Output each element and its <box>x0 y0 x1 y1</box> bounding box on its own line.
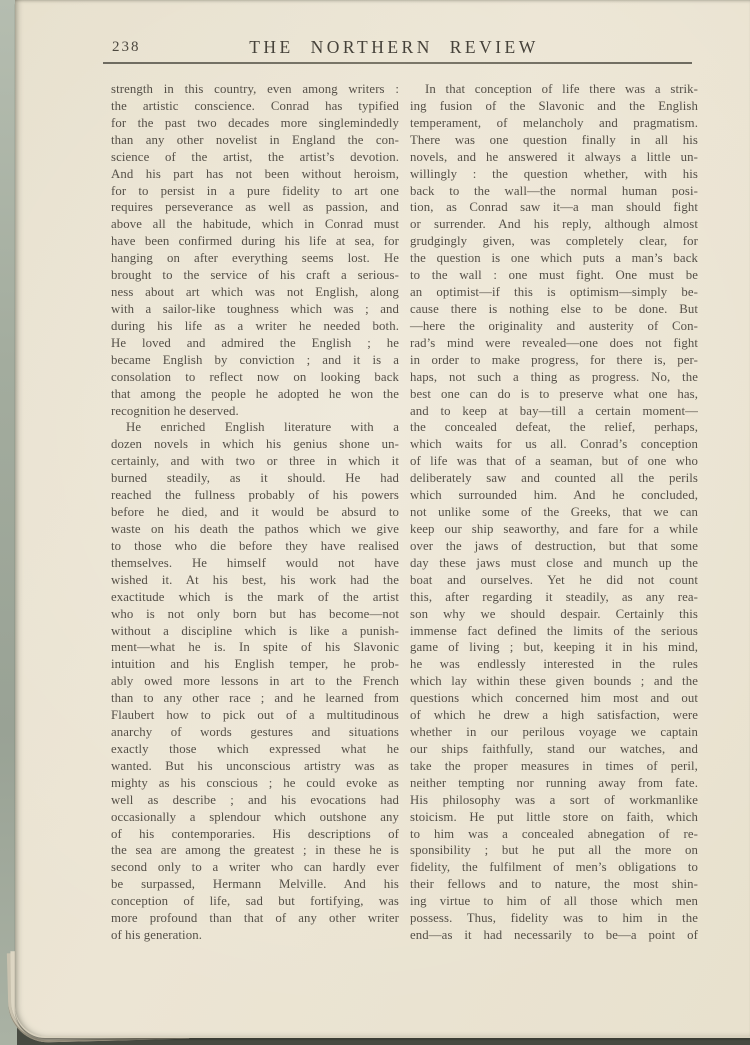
text-line: themselves. He himself would not have <box>111 555 399 572</box>
text-line: the artistic conscience. Conrad has typi… <box>111 98 399 115</box>
text-line: boat and ourselves. Yet he did not count <box>410 572 698 589</box>
text-line: waste on his death the pathos which we g… <box>111 521 399 538</box>
text-line: game of living ; but, keeping it in his … <box>410 639 698 656</box>
text-line: deliberately saw and counted all the per… <box>410 470 698 487</box>
text-line: best one can do is to preserve what one … <box>410 386 698 403</box>
text-line: certainly, and with two or three in whic… <box>111 453 399 470</box>
two-column-text: strength in this country, even among wri… <box>111 81 698 944</box>
text-line: wished it. At his best, his work had the <box>111 572 399 589</box>
text-line: during his life as a writer he needed bo… <box>111 318 399 335</box>
text-line: for the past two decades more singlemind… <box>111 115 399 132</box>
text-line: His philosophy was a sort of workmanlike <box>410 792 698 809</box>
text-line: conception of life, sad but fortifying, … <box>111 893 399 910</box>
text-line: to the wall : one must fight. One must b… <box>410 267 698 284</box>
text-line: science of the artist, the artist’s devo… <box>111 149 399 166</box>
text-line: their fellows and to nature, the most sh… <box>410 876 698 893</box>
text-line: ness about art which was not English, al… <box>111 284 399 301</box>
journal-title: THE NORTHERN REVIEW <box>96 37 692 58</box>
text-line: grudgingly given, was completely clear, … <box>410 233 698 250</box>
text-line: brought to the service of his craft a se… <box>111 267 399 284</box>
text-line: possess. Thus, fidelity was to him in th… <box>410 910 698 927</box>
text-line: wanted. But his unconscious artistry was… <box>111 758 399 775</box>
text-line: neither tempting nor running away from f… <box>410 775 698 792</box>
text-line: over the jaws of destruction, but that s… <box>410 538 698 555</box>
text-line: the question is one which puts a man’s b… <box>410 250 698 267</box>
text-line: burned steadily, as it should. He had <box>111 470 399 487</box>
text-line: end—as it had necessarily to be—a point … <box>410 927 698 944</box>
text-line: ing virtue to him of all those which men <box>410 893 698 910</box>
text-line: There was one question finally in all hi… <box>410 132 698 149</box>
scanned-page: 238 THE NORTHERN REVIEW strength in this… <box>15 0 750 1036</box>
text-line: mighty as his conscious ; he could evoke… <box>111 775 399 792</box>
text-line: ing fusion of the Slavonic and the Engli… <box>410 98 698 115</box>
text-line: than any other novelist in England the c… <box>111 132 399 149</box>
text-line: willingly : the question whether, with h… <box>410 166 698 183</box>
text-line: without a discipline which is like a pun… <box>111 623 399 640</box>
text-line: before he died, and it would be absurd t… <box>111 504 399 521</box>
text-line: be surpassed, Hermann Melville. And his <box>111 876 399 893</box>
text-line: back to the wall—the normal human posi- <box>410 183 698 200</box>
text-line: of which he drew a high satisfaction, we… <box>410 707 698 724</box>
text-line: tion, as Conrad saw it—a man should figh… <box>410 199 698 216</box>
text-line: day these jaws must close and munch up t… <box>410 555 698 572</box>
text-line: whether in our perilous voyage we captai… <box>410 724 698 741</box>
text-line: that among the people he adopted he won … <box>111 386 399 403</box>
text-line: ment—what he is. In spite of his Slavoni… <box>111 639 399 656</box>
text-line: exactly those which expressed what he <box>111 741 399 758</box>
text-line: which surrounded him. And he concluded, <box>410 487 698 504</box>
text-line: strength in this country, even among wri… <box>111 81 399 98</box>
text-line: of his generation. <box>111 927 399 944</box>
left-column: strength in this country, even among wri… <box>111 81 399 944</box>
text-line: questions which concerned him most and o… <box>410 690 698 707</box>
text-line: have been confirmed during his life at s… <box>111 233 399 250</box>
text-line: more profound than that of any other wri… <box>111 910 399 927</box>
text-line: which lay within these given bounds ; an… <box>410 673 698 690</box>
text-line: Flaubert how to pick out of a multitudin… <box>111 707 399 724</box>
text-line: occasionally a splendour which outshone … <box>111 809 399 826</box>
text-line: intuition and his English temper, he pro… <box>111 656 399 673</box>
text-line: exactitude which is the mark of the arti… <box>111 589 399 606</box>
text-line: became English by conviction ; and it is… <box>111 352 399 369</box>
text-line: or surrender. And his reply, although al… <box>410 216 698 233</box>
text-line: son why we should despair. Certainly thi… <box>410 606 698 623</box>
text-line: with a sailor-like toughness which was ;… <box>111 301 399 318</box>
text-line: above all the habitude, which in Conrad … <box>111 216 399 233</box>
text-line: He loved and admired the English ; he <box>111 335 399 352</box>
text-line: ably owed more lessons in art to the Fre… <box>111 673 399 690</box>
text-line: well as describe ; and his evocations ha… <box>111 792 399 809</box>
text-line: who is not only born but has become—not <box>111 606 399 623</box>
text-line: to those who die before they have realis… <box>111 538 399 555</box>
text-line: the sea are among the greatest ; in thes… <box>111 842 399 859</box>
text-line: in order to make progress, for there is,… <box>410 352 698 369</box>
text-line: for to persist in a pure fidelity to art… <box>111 183 399 200</box>
text-line: than to any other race ; and he learned … <box>111 690 399 707</box>
text-line: rad’s mind were revealed—one does not fi… <box>410 335 698 352</box>
text-line: reached the fullness probably of his pow… <box>111 487 399 504</box>
text-line: he was endlessly interested in the rules <box>410 656 698 673</box>
text-line: our ships faithfully, stand our watches,… <box>410 741 698 758</box>
text-line: of life was that of a seaman, but of one… <box>410 453 698 470</box>
text-line: cause there is nothing else to be done. … <box>410 301 698 318</box>
text-line: not unlike some of the Greeks, that we c… <box>410 504 698 521</box>
text-line: recognition he deserved. <box>111 403 399 420</box>
text-line: which waits for us all. Conrad’s concept… <box>410 436 698 453</box>
text-line: dozen novels in which his genius shone u… <box>111 436 399 453</box>
running-head: 238 THE NORTHERN REVIEW <box>96 37 692 59</box>
text-line: this, after regarding it steadily, as an… <box>410 589 698 606</box>
text-line: fidelity, the fulfilment of men’s obliga… <box>410 859 698 876</box>
text-line: second only to a writer who can hardly e… <box>111 859 399 876</box>
text-line: and to keep at bay—till a certain moment… <box>410 403 698 420</box>
text-line: novels, and he answered it always a litt… <box>410 149 698 166</box>
text-line: to him was a concealed abnegation of re- <box>410 826 698 843</box>
right-column: In that conception of life there was a s… <box>410 81 698 944</box>
text-line: keep our ship seaworthy, and fare for a … <box>410 521 698 538</box>
text-line: temperament, of melancholy and pragmatis… <box>410 115 698 132</box>
text-line: an optimist—if this is optimism—simply b… <box>410 284 698 301</box>
text-line: of his contemporaries. His descriptions … <box>111 826 399 843</box>
text-line: requires perseverance as well as passion… <box>111 199 399 216</box>
text-line: haps, not such a thing as progress. No, … <box>410 369 698 386</box>
header-rule <box>103 62 692 64</box>
text-line: hanging on after everything seems lost. … <box>111 250 399 267</box>
text-line: He enriched English literature with a <box>111 419 399 436</box>
text-line: immense fact defined the limits of the s… <box>410 623 698 640</box>
text-line: sponsibility ; but he put all the more o… <box>410 842 698 859</box>
text-line: take the proper measures in times of per… <box>410 758 698 775</box>
text-line: the concealed defeat, the relief, perhap… <box>410 419 698 436</box>
text-line: consolation to reflect now on looking ba… <box>111 369 399 386</box>
text-line: anarchy of words gestures and situations <box>111 724 399 741</box>
text-line: stoicism. He put little store on faith, … <box>410 809 698 826</box>
text-line: And his part has not been without herois… <box>111 166 399 183</box>
text-line: —here the originality and austerity of C… <box>410 318 698 335</box>
text-line: In that conception of life there was a s… <box>410 81 698 98</box>
